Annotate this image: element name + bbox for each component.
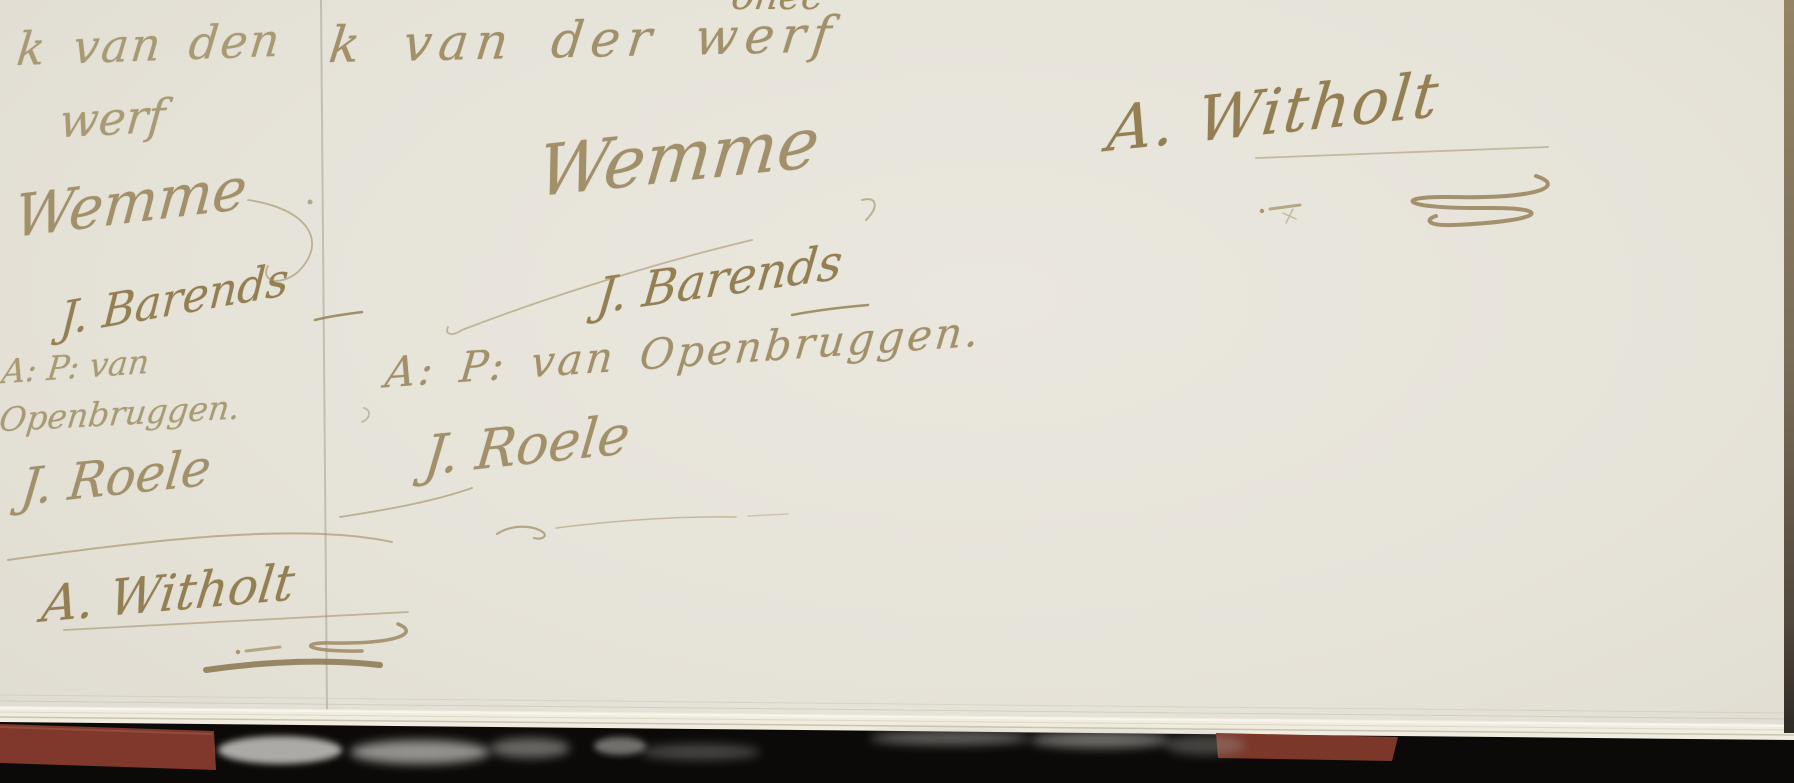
book-cover-left: [0, 724, 216, 770]
album-page: [0, 0, 1794, 783]
signature-k-van-den: k van den: [14, 13, 284, 76]
book-cover-right: [1216, 733, 1398, 761]
album-page-photo: onec k van den werf Wemme J. Barends A: …: [0, 0, 1794, 783]
book-cover-left-highlight: [0, 727, 212, 734]
signature-werf: werf: [57, 88, 167, 148]
cover-fuzz: [218, 731, 1245, 764]
signature-k-van-der-werf: k van der werf: [326, 5, 841, 74]
